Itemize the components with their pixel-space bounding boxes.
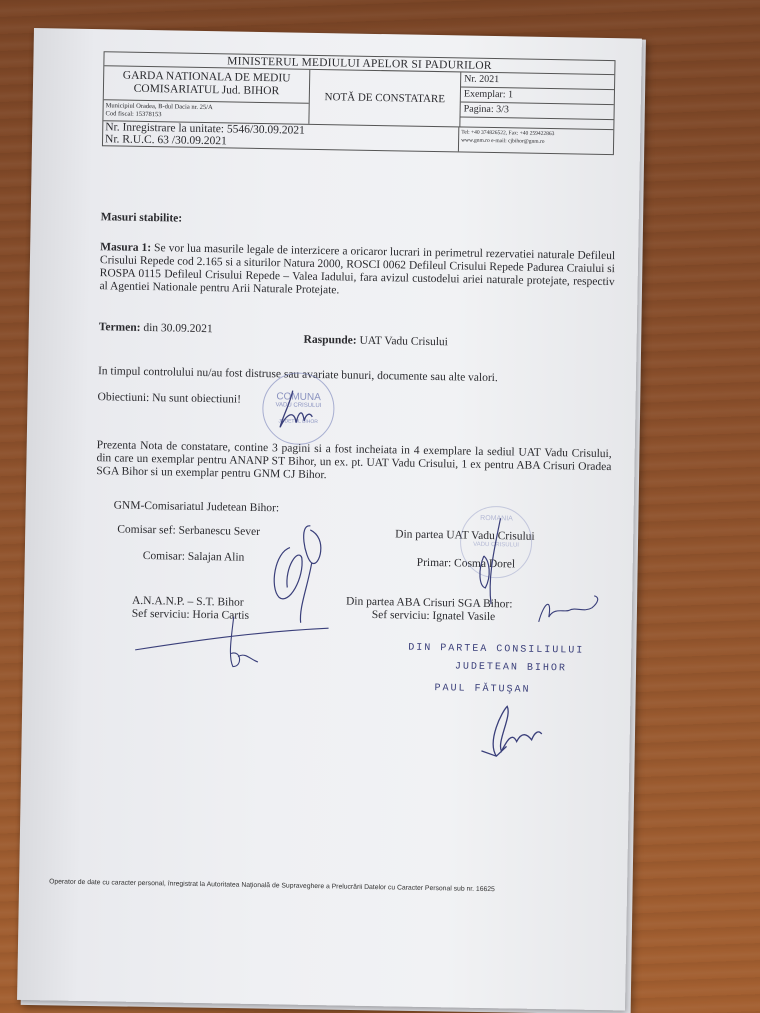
handwritten-line-3: PAUL FĂTUŞAN bbox=[434, 683, 530, 696]
org-line-2: COMISARIATUL Jud. BIHOR bbox=[104, 82, 309, 99]
handwritten-line-1: DIN PARTEA CONSILIULUI bbox=[408, 643, 584, 657]
data-protection-footer: Operator de date cu caracter personal, î… bbox=[49, 878, 495, 893]
measure-1-text: Se vor lua masurile legale de interzicer… bbox=[99, 242, 615, 296]
signature-uat bbox=[469, 516, 511, 607]
gnm-title: GNM-Comisariatul Judetean Bihor: bbox=[114, 499, 364, 516]
term-label: Termen: bbox=[99, 321, 141, 334]
objections: Obiectiuni: Nu sunt obiectiuni! bbox=[97, 391, 612, 413]
organization-name: GARDA NATIONALA DE MEDIU COMISARIATUL Ju… bbox=[104, 66, 310, 103]
responsible-label: Raspunde: bbox=[303, 334, 356, 347]
organization-address: Municipiul Oradea, B-dul Dacia nr. 25/A … bbox=[103, 99, 308, 124]
contact-web-email: www.gnm.ro e-mail: cjbihor@gnm.ro bbox=[461, 136, 611, 147]
handwritten-line-2: JUDETEAN BIHOR bbox=[455, 661, 567, 674]
damage-statement: In timpul controlului nu/au fost distrus… bbox=[98, 365, 613, 387]
responsible-value: UAT Vadu Crisului bbox=[357, 335, 448, 349]
document-header-table: MINISTERUL MEDIULUI APELOR SI PADURILOR … bbox=[102, 51, 616, 155]
signature-aba bbox=[534, 592, 605, 628]
document-page: MINISTERUL MEDIULUI APELOR SI PADURILOR … bbox=[17, 28, 642, 1010]
measures-title: Masuri stabilite: bbox=[101, 211, 616, 233]
measure-1-label: Masura 1: bbox=[100, 241, 151, 254]
signature-county-council bbox=[476, 701, 557, 762]
measure-1: Masura 1: Se vor lua masurile legale de … bbox=[99, 241, 615, 302]
signature-stamp-1 bbox=[272, 382, 333, 438]
document-type: NOTĂ DE CONSTATARE bbox=[309, 70, 461, 127]
closing-paragraph: Prezenta Nota de constatare, contine 3 p… bbox=[96, 439, 612, 487]
signature-ananp bbox=[133, 610, 334, 673]
term-value: din 30.09.2021 bbox=[140, 322, 212, 335]
